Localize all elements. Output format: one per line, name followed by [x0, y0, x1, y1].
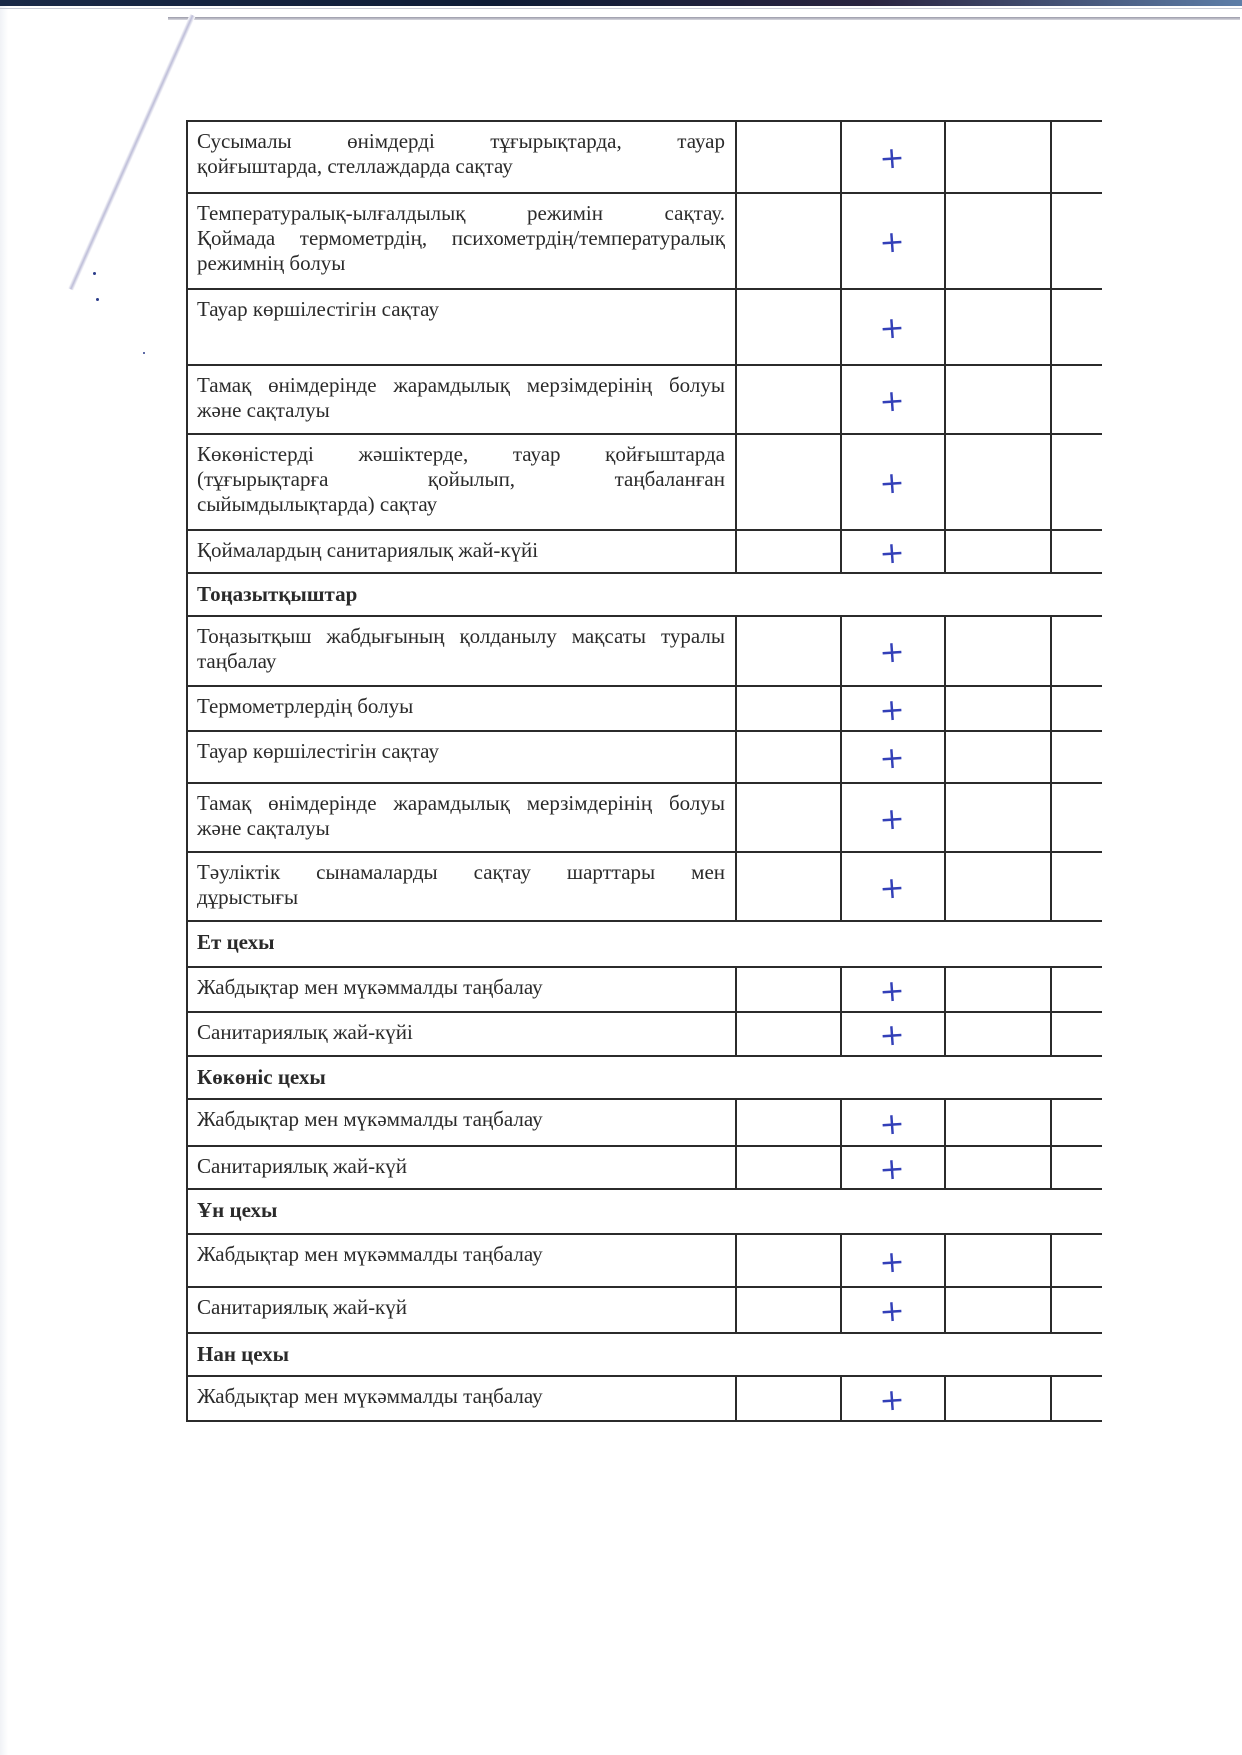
criterion-line: Санитариялық жай-күй: [197, 1295, 725, 1320]
column-divider: [735, 288, 737, 366]
criterion-line: Қоймада термометрдің, психометрдің/темпе…: [197, 226, 725, 251]
row-divider: [186, 966, 1102, 968]
column-divider: [735, 615, 737, 687]
column-divider: [840, 433, 842, 531]
column-divider: [1050, 685, 1052, 732]
criterion-line: және сақталуы: [197, 398, 725, 423]
check-mark: +: [842, 1294, 942, 1331]
column-divider: [840, 1375, 842, 1422]
section-heading: Нан цехы: [197, 1342, 289, 1367]
check-mark: +: [842, 692, 942, 729]
column-divider: [1050, 288, 1052, 366]
criterion-text: Қоймалардың санитариялық жай-күйі: [197, 538, 725, 563]
criterion-line: Жабдықтар мен мүкәммалды таңбалау: [197, 975, 725, 1000]
column-divider: [944, 1375, 946, 1422]
criterion-line: таңбалау: [197, 649, 725, 674]
column-divider: [944, 615, 946, 687]
column-divider: [944, 851, 946, 922]
check-mark: +: [842, 1382, 942, 1419]
column-divider: [840, 192, 842, 290]
column-divider: [944, 192, 946, 290]
column-divider: [1050, 1011, 1052, 1057]
row-divider: [186, 572, 1102, 574]
column-divider: [840, 1011, 842, 1057]
check-mark: +: [842, 1244, 942, 1281]
column-divider: [735, 1375, 737, 1422]
check-mark: +: [842, 973, 942, 1010]
criterion-text: Санитариялық жай-күй: [197, 1295, 725, 1320]
criterion-text: Тоңазытқыш жабдығының қолданылу мақсаты …: [197, 624, 725, 674]
criterion-line: Көкөністерді жәшіктерде, тауар қойғыштар…: [197, 442, 725, 467]
column-divider: [1050, 1098, 1052, 1147]
row-divider: [186, 730, 1102, 732]
column-divider: [735, 1145, 737, 1190]
row-divider: [186, 1188, 1102, 1190]
column-divider: [735, 782, 737, 853]
check-mark: +: [842, 1152, 942, 1189]
column-divider: [1050, 730, 1052, 784]
criterion-line: сыйымдылықтарда) сақтау: [197, 492, 725, 517]
row-divider: [186, 851, 1102, 853]
criterion-text: Температуралық-ылғалдылық режимін сақтау…: [197, 201, 725, 276]
criterion-text: Тамақ өнімдерінде жарамдылық мерзімдерін…: [197, 373, 725, 423]
criterion-text: Тәуліктік сынамаларды сақтау шарттары ме…: [197, 860, 725, 910]
column-divider: [735, 433, 737, 531]
criterion-line: режимнің болуы: [197, 251, 725, 276]
column-divider: [944, 288, 946, 366]
check-mark: +: [842, 383, 942, 420]
column-divider: [1050, 433, 1052, 531]
row-divider: [186, 433, 1102, 435]
criterion-line: Тәуліктік сынамаларды сақтау шарттары ме…: [197, 860, 725, 885]
criterion-text: Көкөністерді жәшіктерде, тауар қойғыштар…: [197, 442, 725, 517]
column-divider: [944, 529, 946, 574]
row-divider: [186, 1011, 1102, 1013]
column-divider: [840, 966, 842, 1013]
row-divider: [186, 1055, 1102, 1057]
column-divider: [840, 615, 842, 687]
criterion-line: Жабдықтар мен мүкәммалды таңбалау: [197, 1384, 725, 1409]
criterion-line: Тауар көршілестігін сақтау: [197, 739, 725, 764]
criterion-text: Жабдықтар мен мүкәммалды таңбалау: [197, 1107, 725, 1132]
row-divider: [186, 364, 1102, 366]
row-divider: [186, 1233, 1102, 1235]
column-divider: [1050, 1375, 1052, 1422]
check-mark: +: [842, 141, 942, 178]
inspection-checklist-table: Сусымалы өнімдерді тұғырықтарда, тауарқо…: [0, 0, 1242, 1755]
column-divider: [840, 1145, 842, 1190]
section-heading: Көкөніс цехы: [197, 1065, 326, 1090]
row-divider: [186, 1332, 1102, 1334]
column-divider: [840, 529, 842, 574]
column-divider: [944, 1098, 946, 1147]
criterion-text: Санитариялық жай-күй: [197, 1154, 725, 1179]
criterion-text: Санитариялық жай-күйі: [197, 1020, 725, 1045]
check-mark: +: [842, 741, 942, 778]
criterion-line: Жабдықтар мен мүкәммалды таңбалау: [197, 1242, 725, 1267]
column-divider: [1050, 782, 1052, 853]
column-divider: [1050, 529, 1052, 574]
column-divider: [840, 782, 842, 853]
criterion-text: Жабдықтар мен мүкәммалды таңбалау: [197, 1242, 725, 1267]
column-divider: [735, 1233, 737, 1288]
criterion-line: Тамақ өнімдерінде жарамдылық мерзімдерін…: [197, 791, 725, 816]
column-divider: [735, 1011, 737, 1057]
check-mark: +: [842, 870, 942, 907]
column-divider: [840, 1233, 842, 1288]
column-divider: [1050, 851, 1052, 922]
criterion-line: Тауар көршілестігін сақтау: [197, 297, 725, 322]
row-divider: [186, 529, 1102, 531]
column-divider: [944, 730, 946, 784]
section-heading: Тоңазытқыштар: [197, 582, 357, 607]
column-divider: [840, 120, 842, 194]
criterion-line: Санитариялық жай-күйі: [197, 1020, 725, 1045]
column-divider: [944, 1145, 946, 1190]
check-mark: +: [842, 536, 942, 573]
row-divider: [186, 1420, 1102, 1422]
column-divider: [840, 1286, 842, 1334]
criterion-line: Температуралық-ылғалдылық режимін сақтау…: [197, 201, 725, 226]
section-heading: Ет цехы: [197, 930, 274, 955]
column-divider: [735, 966, 737, 1013]
row-divider: [186, 1375, 1102, 1377]
column-divider: [1050, 192, 1052, 290]
criterion-line: Жабдықтар мен мүкәммалды таңбалау: [197, 1107, 725, 1132]
column-divider: [735, 192, 737, 290]
row-divider: [186, 920, 1102, 922]
column-divider: [944, 1286, 946, 1334]
column-divider: [840, 288, 842, 366]
criterion-line: дұрыстығы: [197, 885, 725, 910]
criterion-line: қойғыштарда, стеллаждарда сақтау: [197, 154, 725, 179]
row-divider: [186, 1098, 1102, 1100]
column-divider: [735, 851, 737, 922]
check-mark: +: [842, 801, 942, 838]
column-divider: [1050, 120, 1052, 194]
column-divider: [735, 364, 737, 435]
column-divider: [944, 1011, 946, 1057]
row-divider: [186, 685, 1102, 687]
column-divider: [735, 1098, 737, 1147]
column-divider: [840, 1098, 842, 1147]
criterion-text: Жабдықтар мен мүкәммалды таңбалау: [197, 1384, 725, 1409]
check-mark: +: [842, 225, 942, 262]
criterion-line: Санитариялық жай-күй: [197, 1154, 725, 1179]
column-divider: [1050, 1286, 1052, 1334]
section-heading: Ұн цехы: [197, 1198, 277, 1223]
criterion-line: (тұғырықтарға қойылып, таңбаланған: [197, 467, 725, 492]
criterion-text: Тауар көршілестігін сақтау: [197, 297, 725, 322]
column-divider: [1050, 1233, 1052, 1288]
column-divider: [735, 120, 737, 194]
column-divider: [735, 1286, 737, 1334]
column-divider: [944, 782, 946, 853]
row-divider: [186, 1286, 1102, 1288]
row-divider: [186, 120, 1102, 122]
criterion-text: Тауар көршілестігін сақтау: [197, 739, 725, 764]
column-divider: [944, 685, 946, 732]
check-mark: +: [842, 1106, 942, 1143]
column-divider: [1050, 966, 1052, 1013]
check-mark: +: [842, 311, 942, 348]
criterion-line: Тоңазытқыш жабдығының қолданылу мақсаты …: [197, 624, 725, 649]
column-divider: [1050, 364, 1052, 435]
table-left-border: [186, 120, 188, 1422]
criterion-line: Тамақ өнімдерінде жарамдылық мерзімдерін…: [197, 373, 725, 398]
column-divider: [735, 730, 737, 784]
column-divider: [944, 364, 946, 435]
check-mark: +: [842, 1018, 942, 1055]
criterion-line: Қоймалардың санитариялық жай-күйі: [197, 538, 725, 563]
criterion-text: Тамақ өнімдерінде жарамдылық мерзімдерін…: [197, 791, 725, 841]
column-divider: [840, 685, 842, 732]
criterion-text: Сусымалы өнімдерді тұғырықтарда, тауарқо…: [197, 129, 725, 179]
criterion-line: Термометрлердің болуы: [197, 694, 725, 719]
column-divider: [735, 529, 737, 574]
column-divider: [1050, 615, 1052, 687]
column-divider: [840, 730, 842, 784]
criterion-text: Жабдықтар мен мүкәммалды таңбалау: [197, 975, 725, 1000]
column-divider: [735, 685, 737, 732]
criterion-line: және сақталуы: [197, 816, 725, 841]
column-divider: [1050, 1145, 1052, 1190]
column-divider: [944, 966, 946, 1013]
column-divider: [944, 120, 946, 194]
column-divider: [944, 433, 946, 531]
row-divider: [186, 192, 1102, 194]
criterion-text: Термометрлердің болуы: [197, 694, 725, 719]
column-divider: [944, 1233, 946, 1288]
row-divider: [186, 288, 1102, 290]
criterion-line: Сусымалы өнімдерді тұғырықтарда, тауар: [197, 129, 725, 154]
check-mark: +: [842, 466, 942, 503]
check-mark: +: [842, 635, 942, 672]
row-divider: [186, 782, 1102, 784]
row-divider: [186, 615, 1102, 617]
column-divider: [840, 364, 842, 435]
column-divider: [840, 851, 842, 922]
row-divider: [186, 1145, 1102, 1147]
